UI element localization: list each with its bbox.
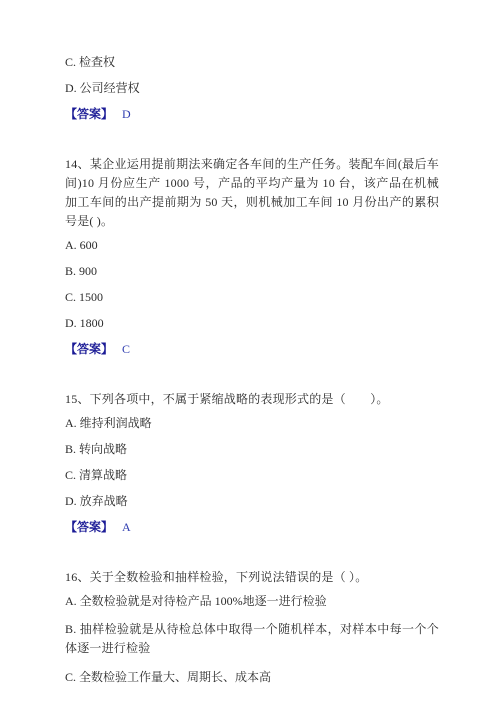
option-line: B. 抽样检验就是从待检总体中取得一个随机样本，对样本中每一个个体逐一进行检验 (65, 620, 439, 658)
option-line: C. 检查权 (65, 55, 439, 69)
question-text: 15、下列各项中，不属于紧缩战略的表现形式的是（ ）。 (65, 390, 439, 409)
question-block-14: 14、某企业运用提前期法来确定各车间的生产任务。装配车间(最后车间)10 月份应… (65, 155, 439, 356)
answer-value: A (122, 520, 131, 534)
answer-label: 【答案】 (65, 107, 113, 121)
answer-line: 【答案】C (65, 342, 439, 356)
answer-value: C (122, 342, 130, 356)
answer-line: 【答案】D (65, 107, 439, 121)
answer-line: 【答案】A (65, 520, 439, 534)
exam-page: C. 检查权 D. 公司经营权 【答案】D 14、某企业运用提前期法来确定各车间… (0, 0, 500, 707)
option-line: A. 600 (65, 238, 439, 252)
option-line: C. 1500 (65, 290, 439, 304)
question-text: 16、关于全数检验和抽样检验，下列说法错误的是（ ）。 (65, 568, 439, 587)
option-line: A. 维持利润战略 (65, 416, 439, 430)
question-text: 14、某企业运用提前期法来确定各车间的生产任务。装配车间(最后车间)10 月份应… (65, 155, 439, 231)
question-block-13-tail: C. 检查权 D. 公司经营权 【答案】D (65, 55, 439, 121)
option-line: D. 放弃战略 (65, 494, 439, 508)
question-block-15: 15、下列各项中，不属于紧缩战略的表现形式的是（ ）。 A. 维持利润战略 B.… (65, 390, 439, 534)
option-line: C. 清算战略 (65, 468, 439, 482)
option-line: D. 公司经营权 (65, 81, 439, 95)
option-line: D. 1800 (65, 316, 439, 330)
answer-value: D (122, 107, 131, 121)
answer-label: 【答案】 (65, 520, 113, 534)
option-line: C. 全数检验工作量大、周期长、成本高 (65, 670, 439, 684)
option-line: B. 900 (65, 264, 439, 278)
option-line: B. 转向战略 (65, 442, 439, 456)
option-line: A. 全数检验就是对待检产品 100%地逐一进行检验 (65, 594, 439, 608)
answer-label: 【答案】 (65, 342, 113, 356)
question-block-16: 16、关于全数检验和抽样检验，下列说法错误的是（ ）。 A. 全数检验就是对待检… (65, 568, 439, 684)
